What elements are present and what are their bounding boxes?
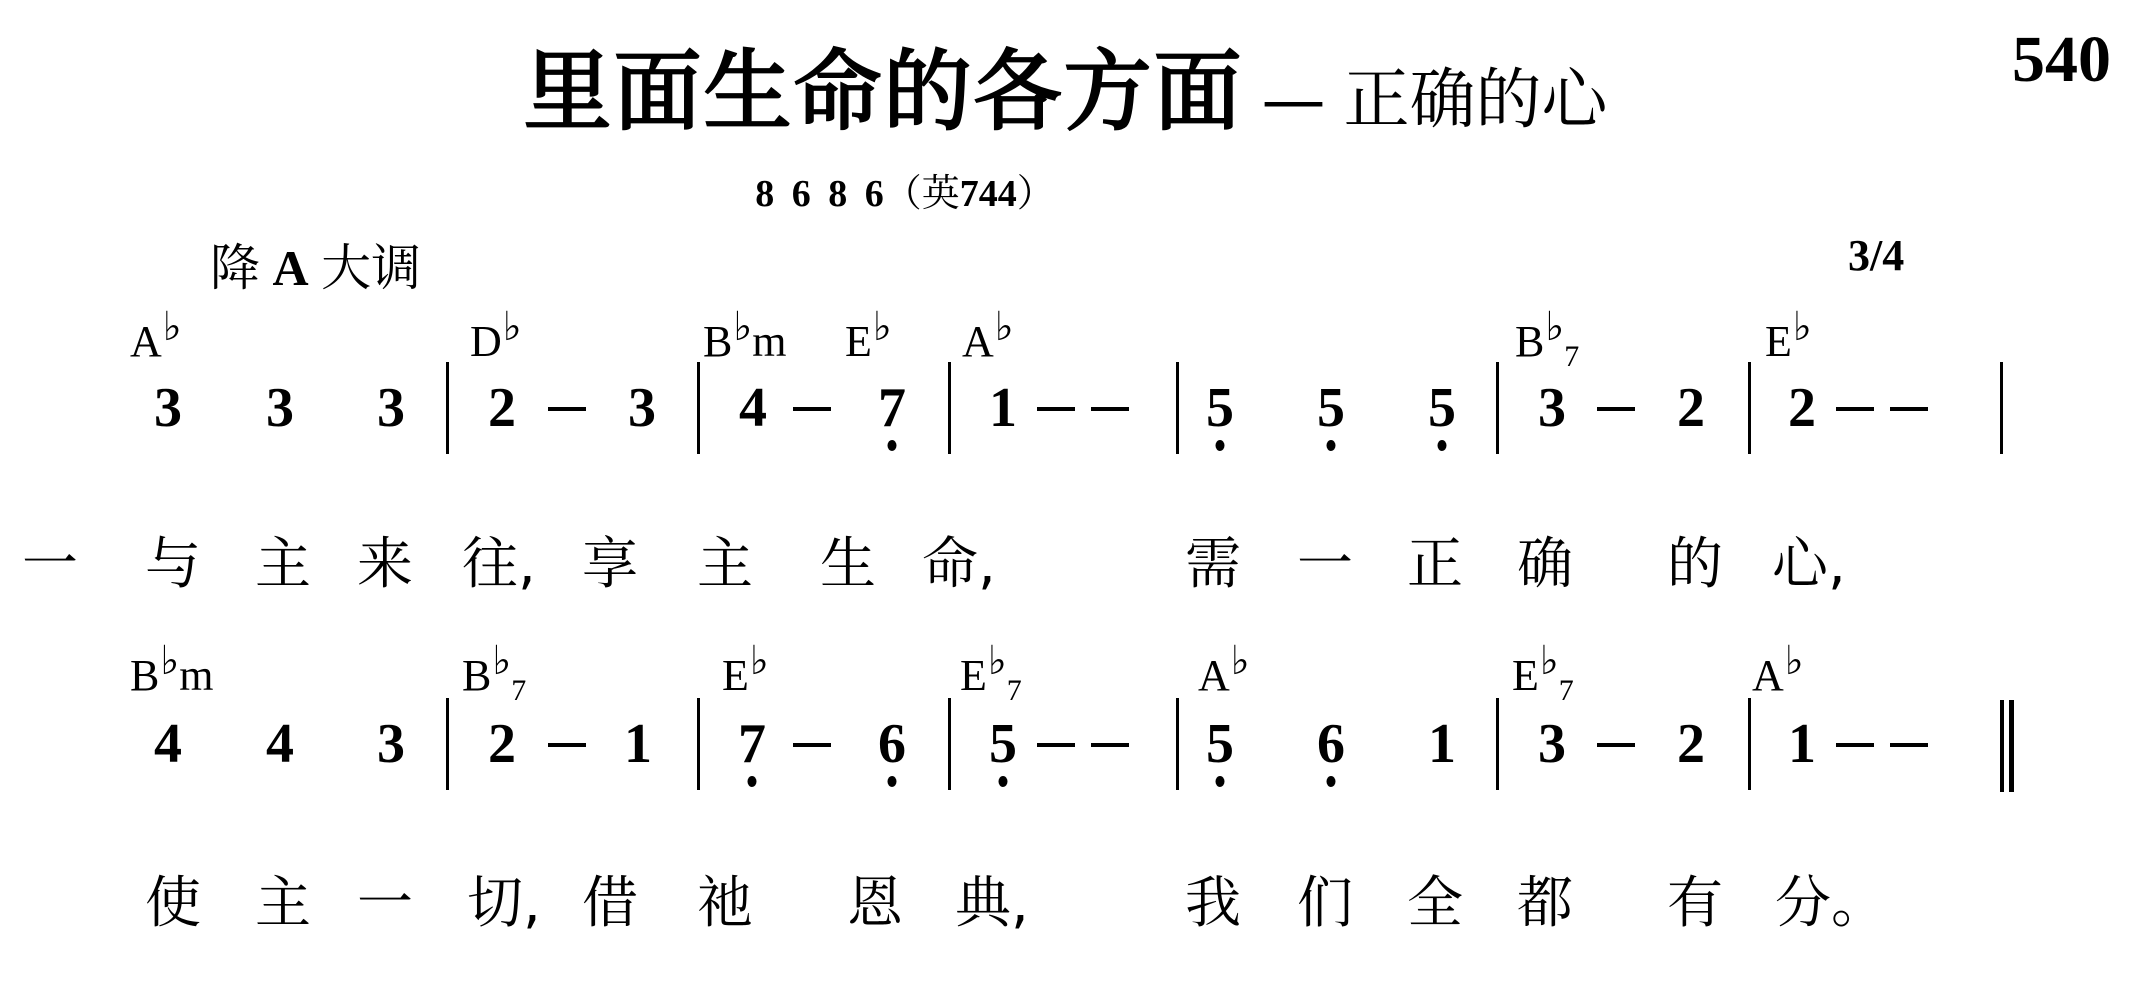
note: 3	[371, 716, 411, 772]
hold-dash	[1037, 743, 1075, 747]
flat-icon: ♭	[873, 304, 892, 349]
hold-dash	[548, 407, 586, 411]
meter-line: 8 6 8 6（英744）	[0, 162, 1810, 217]
chord: B♭m	[703, 320, 786, 364]
lyric: 的	[1665, 537, 1725, 593]
hold-dash	[1836, 743, 1874, 747]
final-double-bar	[2000, 700, 2014, 792]
bar-line	[1176, 698, 1179, 790]
title-dash: —	[1262, 64, 1326, 138]
bar-line	[948, 362, 951, 454]
lyric: 心,	[1772, 537, 1862, 593]
hold-dash	[1037, 407, 1075, 411]
note-low: 5	[1422, 380, 1462, 436]
flat-icon: ♭	[492, 638, 511, 683]
note-low: 5	[1311, 380, 1351, 436]
hold-dash	[793, 407, 831, 411]
note-low: 5	[983, 716, 1023, 772]
note: 2	[1671, 716, 1711, 772]
low-octave-dot	[888, 440, 897, 451]
low-octave-dot	[1438, 440, 1447, 451]
note-low: 6	[1311, 716, 1351, 772]
lyric: 一	[1295, 537, 1355, 593]
note-low: 7	[732, 716, 772, 772]
note: 3	[622, 380, 662, 436]
lyric: 分。	[1775, 876, 1875, 932]
lyric: 借	[580, 876, 640, 932]
lyric: 主	[253, 876, 313, 932]
chord: A♭	[1198, 654, 1250, 698]
lyric: 需	[1183, 537, 1243, 593]
chord: E♭	[1765, 320, 1812, 364]
flat-icon: ♭	[1231, 638, 1250, 683]
note: 3	[148, 380, 188, 436]
lyric: 主	[253, 537, 313, 593]
chord: B♭7	[462, 654, 526, 698]
lyric: 全	[1405, 876, 1465, 932]
flat-icon: ♭	[1545, 304, 1564, 349]
lyric: 切,	[467, 876, 557, 932]
english-ref-number: 744	[960, 173, 1017, 215]
low-octave-dot	[748, 776, 757, 787]
flat-icon: ♭	[995, 304, 1014, 349]
flat-icon: ♭	[503, 304, 522, 349]
hold-dash	[1836, 407, 1874, 411]
lyric: 与	[143, 537, 203, 593]
note: 1	[983, 380, 1023, 436]
bar-line	[1496, 362, 1499, 454]
bar-line	[1748, 362, 1751, 454]
lyric: 命,	[922, 537, 1012, 593]
bar-line	[446, 698, 449, 790]
key-letter: A	[273, 240, 309, 296]
lyric: 享	[580, 537, 640, 593]
title-main: 里面生命的各方面	[523, 40, 1243, 143]
lyric: 生	[818, 537, 878, 593]
key-signature: 降 A 大调	[210, 228, 421, 300]
lyric: 祂	[695, 876, 755, 932]
lyric: 典,	[955, 876, 1045, 932]
hold-dash	[1890, 743, 1928, 747]
bar-line	[948, 698, 951, 790]
english-ref-close: ）	[1017, 173, 1055, 215]
lyric: 主	[695, 537, 755, 593]
flat-icon: ♭	[733, 304, 752, 349]
key-prefix: 降	[210, 240, 260, 296]
chord: A♭	[130, 320, 182, 364]
flat-icon: ♭	[1793, 304, 1812, 349]
flat-icon: ♭	[1785, 638, 1804, 683]
note: 2	[482, 380, 522, 436]
hold-dash	[1597, 407, 1635, 411]
chord: B♭m	[130, 654, 213, 698]
chord: E♭	[845, 320, 892, 364]
lyric: 有	[1665, 876, 1725, 932]
lyric: 恩	[845, 876, 905, 932]
hold-dash	[1597, 743, 1635, 747]
note: 1	[1782, 716, 1822, 772]
note: 3	[260, 380, 300, 436]
flat-icon: ♭	[160, 638, 179, 683]
hold-dash	[1091, 743, 1129, 747]
key-suffix: 大调	[321, 240, 421, 296]
bar-line	[1748, 698, 1751, 790]
lyric: 正	[1405, 537, 1465, 593]
flat-icon: ♭	[750, 638, 769, 683]
chord: A♭	[962, 320, 1014, 364]
note-low: 7	[872, 380, 912, 436]
chord: B♭7	[1515, 320, 1579, 364]
title-subtitle: 正确的心	[1344, 61, 1608, 138]
hold-dash	[1890, 407, 1928, 411]
lyric: 们	[1295, 876, 1355, 932]
english-ref-open: （英	[884, 173, 960, 215]
chord: E♭	[722, 654, 769, 698]
hymn-title: 里面生命的各方面—正确的心	[0, 22, 2131, 148]
time-signature: 3/4	[1848, 230, 1904, 281]
lyric: 一	[355, 876, 415, 932]
note: 2	[1671, 380, 1711, 436]
note: 1	[618, 716, 658, 772]
note-low: 6	[872, 716, 912, 772]
hold-dash	[548, 743, 586, 747]
chord: E♭7	[960, 654, 1022, 698]
chord: E♭7	[1512, 654, 1574, 698]
lyric: 往,	[462, 537, 542, 593]
lyric: 来	[355, 537, 415, 593]
bar-line	[446, 362, 449, 454]
note: 3	[1532, 716, 1572, 772]
low-octave-dot	[1327, 776, 1336, 787]
note: 4	[733, 380, 773, 436]
chord: A♭	[1752, 654, 1804, 698]
bar-line	[2000, 362, 2003, 454]
hold-dash	[793, 743, 831, 747]
meter: 8 6 8 6	[755, 173, 884, 215]
note: 3	[1532, 380, 1572, 436]
flat-icon: ♭	[1540, 638, 1559, 683]
bar-line	[697, 698, 700, 790]
hold-dash	[1091, 407, 1129, 411]
lyric: 都	[1515, 876, 1575, 932]
lyric: 确	[1515, 537, 1575, 593]
low-octave-dot	[1327, 440, 1336, 451]
note-low: 5	[1200, 380, 1240, 436]
chord: D♭	[470, 320, 522, 364]
note-low: 5	[1200, 716, 1240, 772]
bar-line	[1496, 698, 1499, 790]
bar-line	[697, 362, 700, 454]
bar-line	[1176, 362, 1179, 454]
note: 3	[371, 380, 411, 436]
lyric: 我	[1183, 876, 1243, 932]
note: 2	[1782, 380, 1822, 436]
low-octave-dot	[888, 776, 897, 787]
low-octave-dot	[1216, 776, 1225, 787]
flat-icon: ♭	[988, 638, 1007, 683]
lyric: 使	[143, 876, 203, 932]
lyric: 一	[20, 537, 80, 593]
hymn-number: 540	[2012, 22, 2111, 98]
note: 4	[148, 716, 188, 772]
low-octave-dot	[999, 776, 1008, 787]
note: 4	[260, 716, 300, 772]
note: 1	[1422, 716, 1462, 772]
note: 2	[482, 716, 522, 772]
low-octave-dot	[1216, 440, 1225, 451]
flat-icon: ♭	[163, 304, 182, 349]
